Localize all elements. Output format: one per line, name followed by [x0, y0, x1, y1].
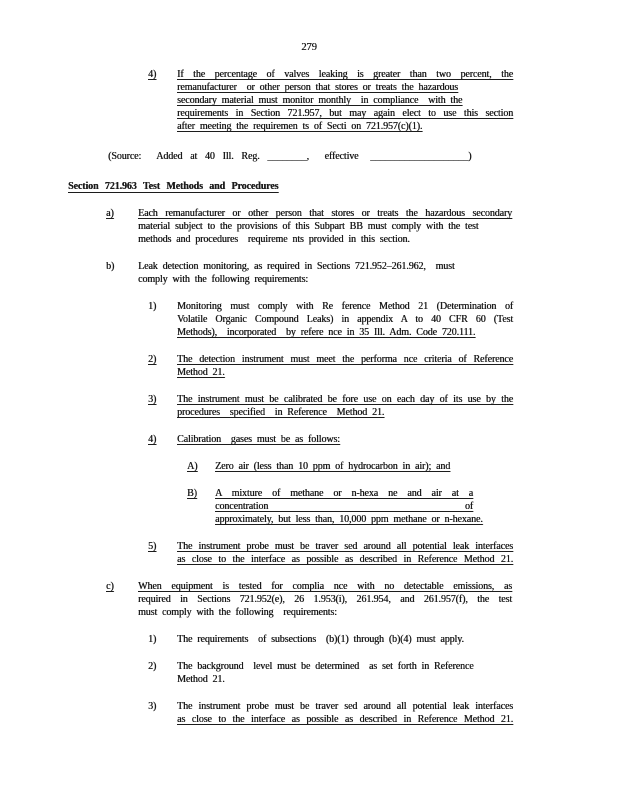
text-line: Method 21.	[177, 366, 513, 379]
text-line: The instrument probe must be traver sed …	[177, 700, 513, 713]
item-label: b)	[106, 260, 114, 273]
text-line: The instrument must be calibrated be for…	[177, 393, 513, 406]
list-item: 2)The detection instrument must meet the…	[177, 353, 513, 379]
item-label: 4)	[148, 433, 156, 446]
text-line: The background level must be determined …	[177, 660, 513, 673]
source-note: (Source: Added at 40 Ill. Reg. ________,…	[108, 150, 618, 163]
text-line: secondary material must monitor monthly …	[177, 94, 513, 107]
text-line: approximately, but less than, 10,000 ppm…	[215, 513, 473, 526]
item-label: 4)	[148, 68, 156, 81]
text-line: The instrument probe must be traver sed …	[177, 540, 513, 553]
list-item: 5)The instrument probe must be traver se…	[177, 540, 513, 566]
item-label: 5)	[148, 540, 156, 553]
text-line: If the percentage of valves leaking is g…	[177, 68, 513, 81]
list-item: 1)Monitoring must comply with Re ference…	[177, 300, 513, 339]
text-line: requirements in Section 721.957, but may…	[177, 107, 513, 120]
text-line: must comply with the following requireme…	[138, 606, 512, 619]
text-line: after meeting the requiremen ts of Secti…	[177, 120, 513, 133]
section-heading: Section 721.963 Test Methods and Procedu…	[68, 180, 618, 193]
item-label: 3)	[148, 700, 156, 713]
text-line: Each remanufacturer or other person that…	[138, 207, 512, 220]
text-line: as close to the interface as possible as…	[177, 713, 513, 726]
text-line: procedures specified in Reference Method…	[177, 406, 513, 419]
list-item: c)When equipment is tested for complia n…	[138, 580, 512, 619]
text-line: required in Sections 721.952(e), 26 1.95…	[138, 593, 512, 606]
text-line: remanufacturer or other person that stor…	[177, 81, 513, 94]
text-line: Method 21.	[177, 673, 513, 686]
text-line: A mixture of methane or n-hexa ne and ai…	[215, 487, 473, 513]
item-label: B)	[187, 487, 197, 500]
item-label: 2)	[148, 660, 156, 673]
text-line: Zero air (less than 10 ppm of hydrocarbo…	[215, 460, 473, 473]
list-item: 4)If the percentage of valves leaking is…	[177, 68, 513, 133]
list-item: A)Zero air (less than 10 ppm of hydrocar…	[215, 460, 473, 473]
item-label: 2)	[148, 353, 156, 366]
list-item: 2)The background level must be determine…	[177, 660, 513, 686]
list-item: 3)The instrument probe must be traver se…	[177, 700, 513, 726]
document-body: 4)If the percentage of valves leaking is…	[0, 68, 618, 726]
item-label: A)	[187, 460, 197, 473]
list-item: 4)Calibration gases must be as follows:	[177, 433, 513, 446]
item-label: 1)	[148, 633, 156, 646]
page-number: 279	[0, 0, 618, 54]
list-item: b)Leak detection monitoring, as required…	[138, 260, 512, 286]
text-line: comply with the following requirements:	[138, 273, 512, 286]
text-line: Methods), incorporated by refere nce in …	[177, 326, 513, 339]
text-line: Monitoring must comply with Re ference M…	[177, 300, 513, 313]
item-label: 3)	[148, 393, 156, 406]
item-label: 1)	[148, 300, 156, 313]
text-line: Volatile Organic Compound Leaks) in appe…	[177, 313, 513, 326]
text-line: as close to the interface as possible as…	[177, 553, 513, 566]
text-line: The requirements of subsections (b)(1) t…	[177, 633, 513, 646]
item-label: a)	[106, 207, 114, 220]
list-item: 1)The requirements of subsections (b)(1)…	[177, 633, 513, 646]
text-line: The detection instrument must meet the p…	[177, 353, 513, 366]
item-label: c)	[106, 580, 114, 593]
document-page: 279 4)If the percentage of valves leakin…	[0, 0, 618, 800]
list-item: 3)The instrument must be calibrated be f…	[177, 393, 513, 419]
text-line: Calibration gases must be as follows:	[177, 433, 513, 446]
list-item: a)Each remanufacturer or other person th…	[138, 207, 512, 246]
section-heading-text: Section 721.963 Test Methods and Procedu…	[68, 181, 278, 192]
list-item: B)A mixture of methane or n-hexa ne and …	[215, 487, 473, 526]
text-line: material subject to the provisions of th…	[138, 220, 512, 233]
text-line: Leak detection monitoring, as required i…	[138, 260, 512, 273]
text-line: When equipment is tested for complia nce…	[138, 580, 512, 593]
text-line: methods and procedures requireme nts pro…	[138, 233, 512, 246]
